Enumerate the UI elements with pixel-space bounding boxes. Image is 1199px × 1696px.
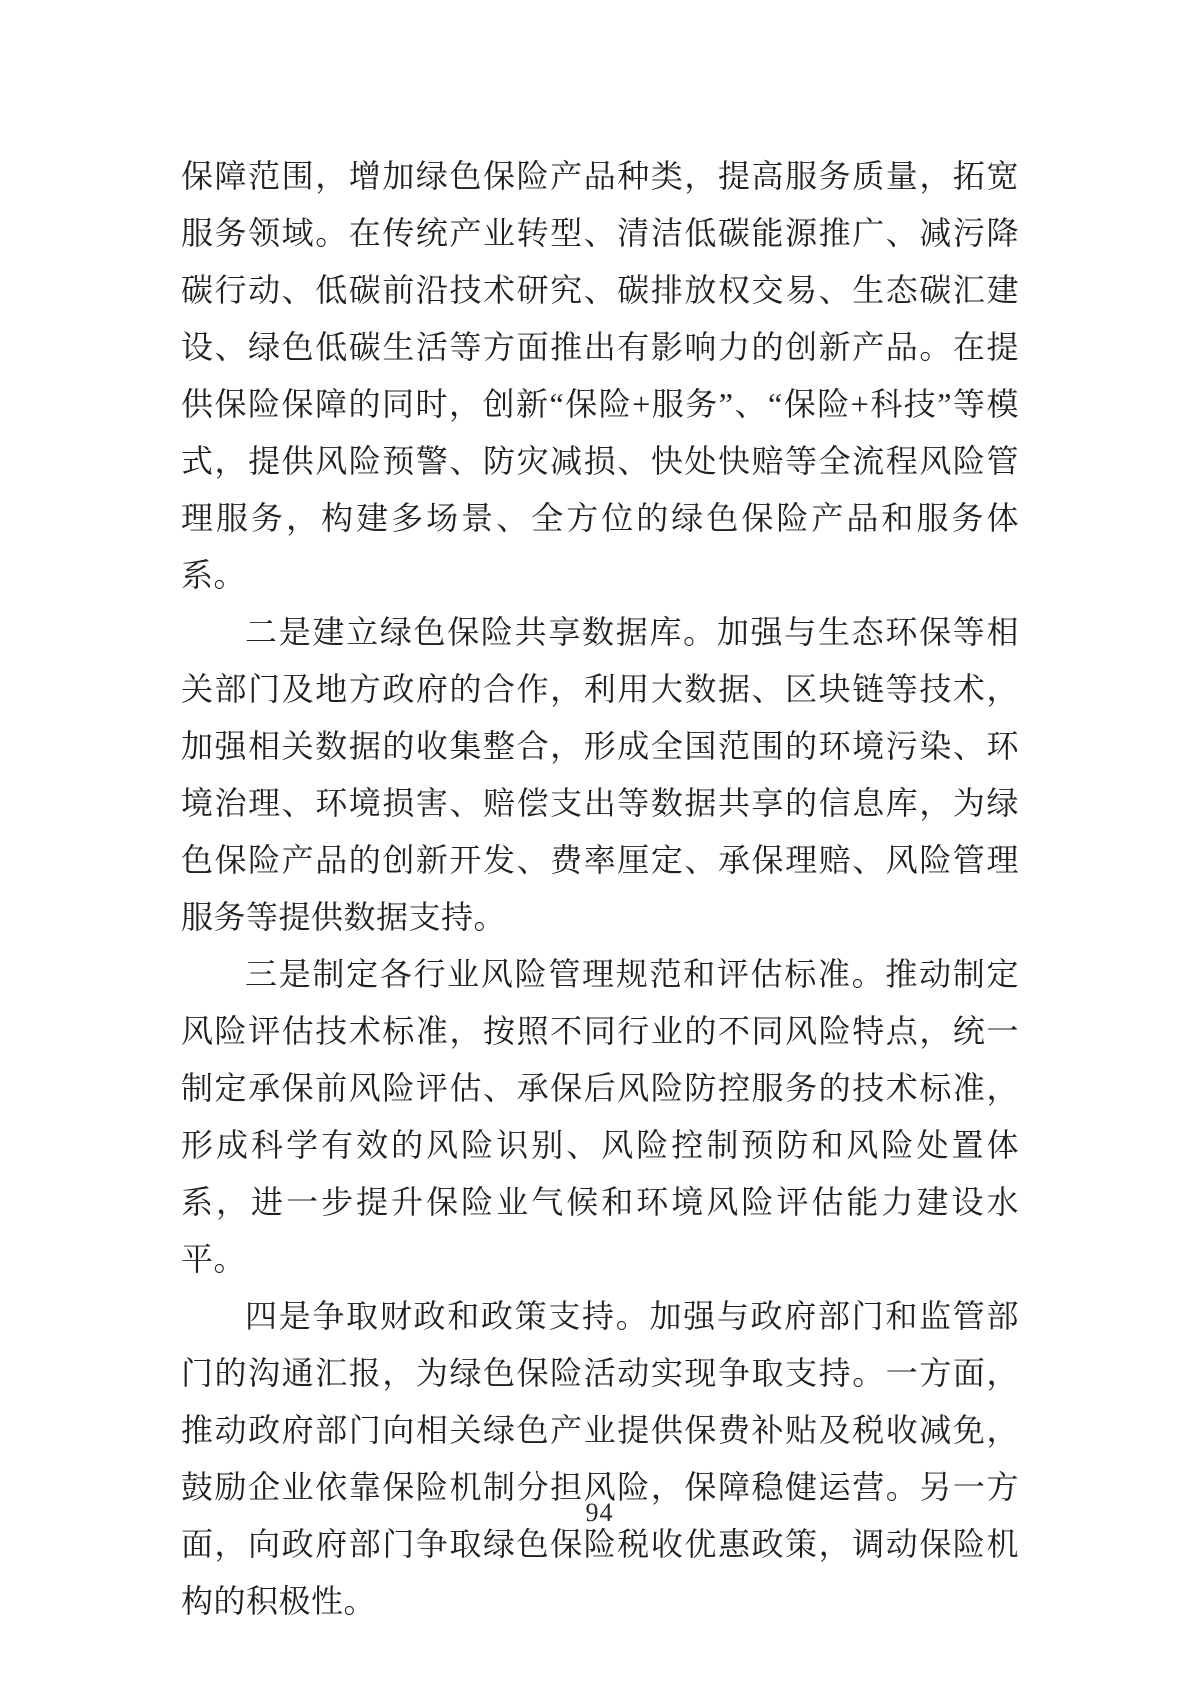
page-footer: 94: [0, 1498, 1199, 1528]
paragraph-point-four: 四是争取财政和政策支持。加强与政府部门和监管部门的沟通汇报，为绿色保险活动实现争…: [181, 1288, 1019, 1630]
text-body: 保障范围，增加绿色保险产品种类，提高服务质量，拓宽服务领域。在传统产业转型、清洁…: [181, 148, 1019, 1630]
page-number: 94: [586, 1498, 614, 1527]
document-page: 保障范围，增加绿色保险产品种类，提高服务质量，拓宽服务领域。在传统产业转型、清洁…: [0, 0, 1199, 1696]
paragraph-point-two: 二是建立绿色保险共享数据库。加强与生态环保等相关部门及地方政府的合作，利用大数据…: [181, 604, 1019, 946]
paragraph-point-three: 三是制定各行业风险管理规范和评估标准。推动制定风险评估技术标准，按照不同行业的不…: [181, 946, 1019, 1288]
paragraph-continuation: 保障范围，增加绿色保险产品种类，提高服务质量，拓宽服务领域。在传统产业转型、清洁…: [181, 148, 1019, 604]
